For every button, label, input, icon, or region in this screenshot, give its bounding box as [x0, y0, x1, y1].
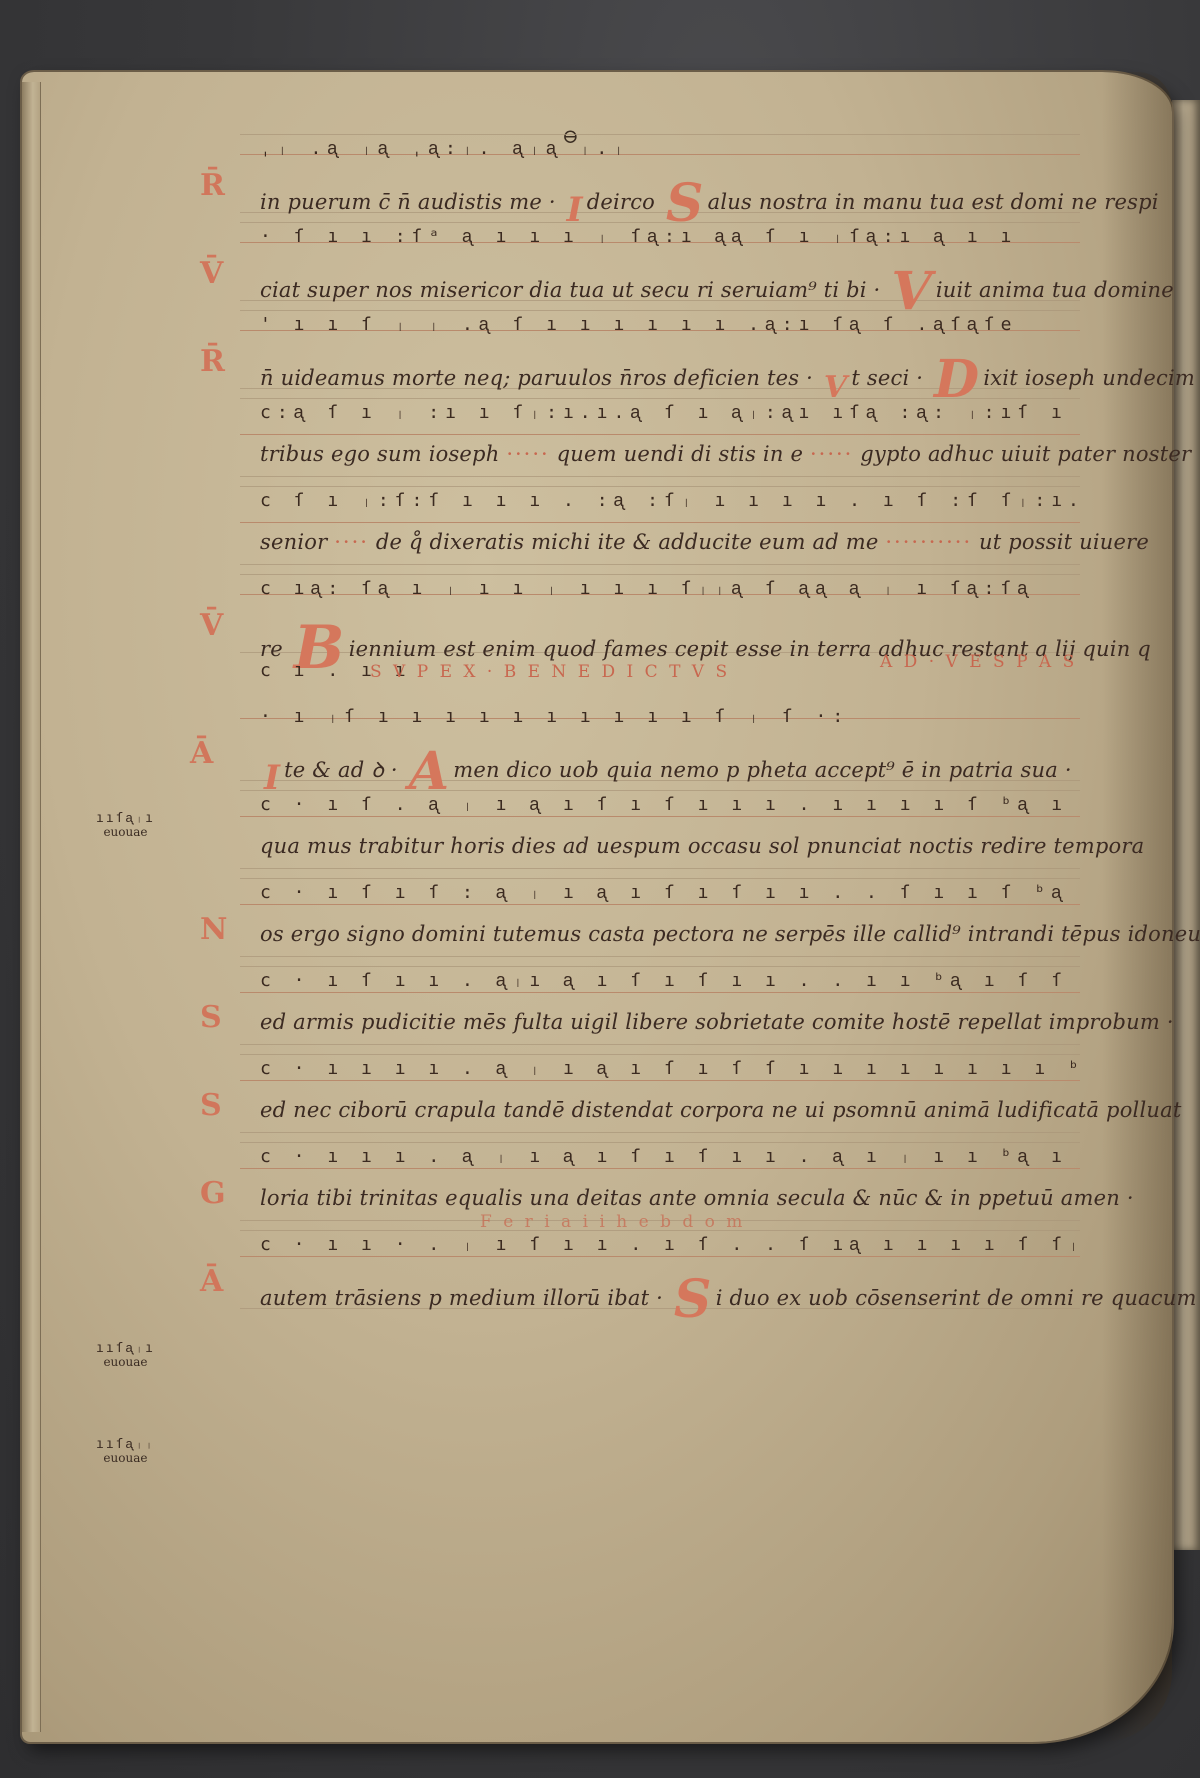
margin-neumes: ııſᶏᛧı	[96, 812, 155, 826]
rubric-line: c ı . ı ı S V P E X · B E N E D I C T V …	[200, 658, 1080, 698]
neumes: · ſ ı ı :ſᵃ ᶏ ı ı ı ᛧ ſᶏ:ı ᶏᶏ ſ ı ᛧſᶏ:ı …	[260, 226, 1080, 248]
initial-letter: S	[674, 1269, 712, 1330]
rubric-heading: F e r i a i i h e b d o m	[480, 1212, 745, 1232]
chant-line: c · ı ſ . ᶏ ᛧ ı ᶏ ı ſ ı ſ ı ı ı . ı ı ı …	[200, 786, 1080, 874]
margin-note-differentia: ııſᶏᛧᛧ euouae	[96, 1438, 155, 1465]
neumes: c ſ ı ᛧ:ſ:ſ ı ı ı . :ᶏ :ſᛧ ı ı ı ı . ı ſ…	[260, 490, 1080, 512]
rubric-initial: N	[200, 912, 227, 947]
rubric-initial: V̄	[200, 608, 223, 643]
chant-text: ed nec ciborū crapula tandē distendat co…	[260, 1098, 1080, 1122]
rubric-initial: Ā	[190, 736, 213, 771]
margin-note-differentia: ııſᶏᛧı euouae	[96, 812, 155, 839]
facing-page-edge	[1172, 100, 1200, 1550]
neumes: c · ı ı ı ı . ᶏ ᛧ ı ᶏ ı ſ ı ſ ſ ı ı ı ı …	[260, 1058, 1080, 1080]
margin-neumes: ııſᶏᛧı	[96, 1342, 155, 1356]
chant-line: c ſ ı ᛧ:ſ:ſ ı ı ı . :ᶏ :ſᛧ ı ı ı ı . ı ſ…	[200, 482, 1080, 570]
chant-line: c · ı ſ ı ſ : ᶏ ᛧ ı ᶏ ı ſ ı ſ ı ı . . ſ …	[200, 874, 1080, 962]
chant-line: c · ı ı ı ı . ᶏ ᛧ ı ᶏ ı ſ ı ſ ſ ı ı ı ı …	[200, 1050, 1080, 1138]
neumes: c:ᶏ ſ ı ᛧ :ı ı ſᛧ:ı.ı.ᶏ ſ ı ᶏᛧ:ᶏı ıſᶏ :ᶏ…	[260, 402, 1080, 424]
chant-text: qua mus trabitur horis dies ad uespum oc…	[260, 834, 1080, 858]
neumes: ' ı ı ſ ᛧ ᛧ .ᶏ ſ ı ı ı ı ı ı .ᶏ:ı ſᶏ ſ .…	[260, 314, 1080, 336]
neumes: c · ı ſ . ᶏ ᛧ ı ᶏ ı ſ ı ſ ı ı ı . ı ı ı …	[260, 794, 1080, 816]
rubric-heading: A D · V E S P A S	[880, 652, 1077, 672]
margin-label: euouae	[96, 1356, 155, 1369]
chant-line: c ıᶏ: ſᶏ ı ᛧ ı ı ᛧ ı ı ı ſᛧᛧᶏ ſ ᶏᶏ ᶏ ᛧ ı…	[200, 570, 1080, 658]
margin-neumes: ııſᶏᛧᛧ	[96, 1438, 155, 1452]
chant-line: ' ı ı ſ ᛧ ᛧ .ᶏ ſ ı ı ı ı ı ı .ᶏ:ı ſᶏ ſ .…	[200, 306, 1080, 394]
margin-note-differentia: ııſᶏᛧı euouae	[96, 1342, 155, 1369]
chant-text-block: ˌᛧ .ᶏ ᛧᶏ ˌᶏ:ᛧ. ᶏᛧᶏ ᛧ.ᛧ R̄ in puerum c̄ n…	[200, 130, 1080, 1314]
chant-line: c · ı ſ ı ı . ᶏᛧı ᶏ ı ſ ı ſ ı ı . . ı ı …	[200, 962, 1080, 1050]
rubric-initial: R̄	[200, 168, 225, 203]
rubric-initial: S	[200, 1000, 222, 1035]
margin-label: euouae	[96, 826, 155, 839]
rubric-initial: Ā	[200, 1264, 223, 1299]
neumes: c ıᶏ: ſᶏ ı ᛧ ı ı ᛧ ı ı ı ſᛧᛧᶏ ſ ᶏᶏ ᶏ ᛧ ı…	[260, 578, 1080, 600]
rubric-initial: V̄	[200, 256, 223, 291]
chant-text: tribus ego sum ioseph ····· quem uendi d…	[260, 442, 1080, 466]
chant-text: ed armis pudicitie mēs fulta uigil liber…	[260, 1010, 1080, 1034]
rubric-initial: S	[200, 1088, 222, 1123]
neumes: c · ı ſ ı ı . ᶏᛧı ᶏ ı ſ ı ſ ı ı . . ı ı …	[260, 970, 1080, 992]
neumes: c · ı ſ ı ſ : ᶏ ᛧ ı ᶏ ı ſ ı ſ ı ı . . ſ …	[260, 882, 1080, 904]
rubric-initial: R̄	[200, 344, 225, 379]
chant-text: senior ···· de q̊ dixeratis michi ite & …	[260, 530, 1080, 554]
rubric-initial: G	[200, 1176, 226, 1211]
chant-line: ˌᛧ .ᶏ ᛧᶏ ˌᶏ:ᛧ. ᶏᛧᶏ ᛧ.ᛧ R̄ in puerum c̄ n…	[200, 130, 1080, 218]
rubric-heading: S V P E X · B E N E D I C T V S	[370, 662, 730, 682]
chant-text: autem trāsiens p medium illorū ibat · Si…	[260, 1274, 1080, 1326]
neumes: · ı ᛧſ ı ı ı ı ı ı ı ı ı ı ſ ᛧ ſ ·:	[260, 706, 1080, 727]
chant-line: · ſ ı ı :ſᵃ ᶏ ı ı ı ᛧ ſᶏ:ı ᶏᶏ ſ ı ᛧſᶏ:ı …	[200, 218, 1080, 306]
neumes: c · ı ı ı . ᶏ ᛧ ı ᶏ ı ſ ı ſ ı ı . ᶏ ı ᛧ …	[260, 1146, 1080, 1168]
neumes: c · ı ı · . ᛧ ı ſ ı ı . ı ſ . . ſ ıᶏ ı ı…	[260, 1234, 1080, 1256]
chant-text: loria tibi trinitas equalis una deitas a…	[260, 1186, 1080, 1210]
neumes: ˌᛧ .ᶏ ᛧᶏ ˌᶏ:ᛧ. ᶏᛧᶏ ᛧ.ᛧ	[260, 138, 1080, 160]
chant-line: c:ᶏ ſ ı ᛧ :ı ı ſᛧ:ı.ı.ᶏ ſ ı ᶏᛧ:ᶏı ıſᶏ :ᶏ…	[200, 394, 1080, 482]
margin-label: euouae	[96, 1452, 155, 1465]
chant-text: os ergo signo domini tutemus casta pecto…	[260, 922, 1080, 946]
chant-line: · ı ᛧſ ı ı ı ı ı ı ı ı ı ı ſ ᛧ ſ ·: Ā It…	[200, 698, 1080, 786]
chant-line: F e r i a i i h e b d o m c · ı ı · . ᛧ …	[200, 1226, 1080, 1314]
